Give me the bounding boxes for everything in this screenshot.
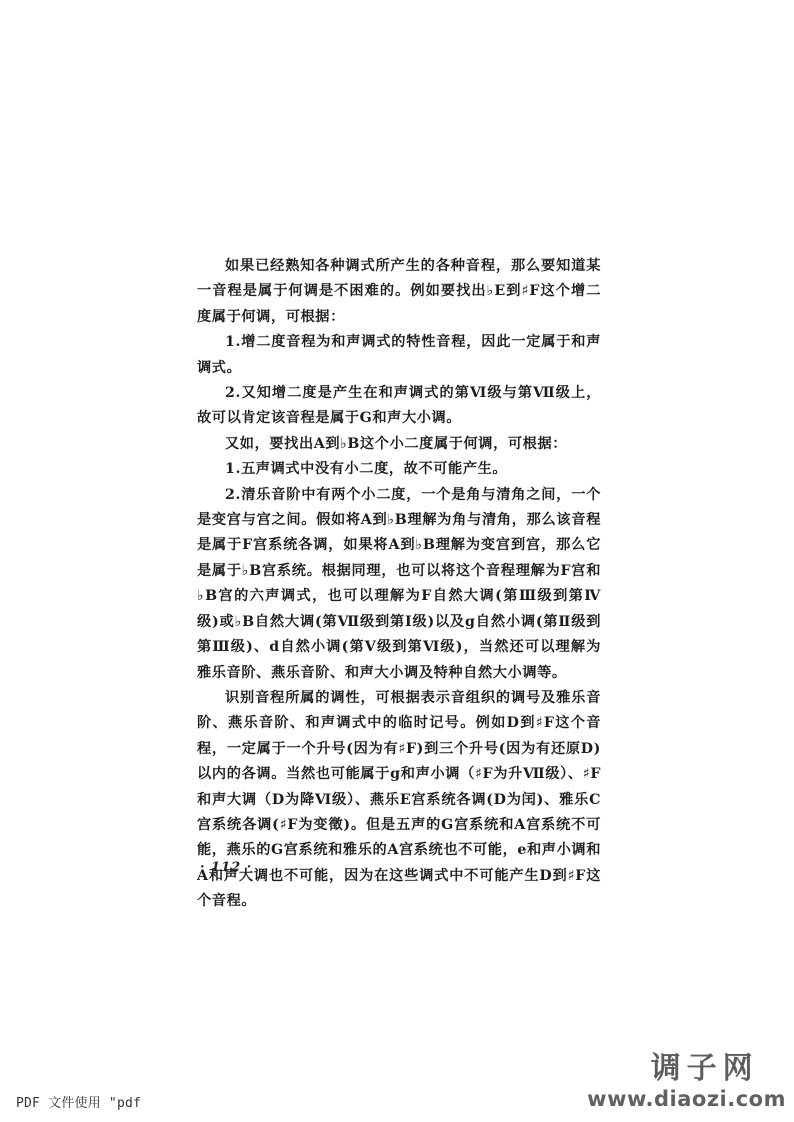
paragraph-example-2-point-2: 2.清乐音阶中有两个小二度，一个是角与清角之间，一个是变宫与宫之间。假如将A到♭…	[197, 483, 601, 686]
watermark-title: 调子网	[587, 1052, 786, 1086]
site-watermark: 调子网 www.diaozi.com	[587, 1052, 786, 1112]
paragraph-point-2: 2.又知增二度是产生在和声调式的第Ⅵ级与第Ⅶ级上，故可以肯定该音程是属于G和声大…	[197, 381, 601, 432]
paragraph-example-2-point-1: 1.五声调式中没有小二度，故不可能产生。	[197, 457, 601, 482]
paragraph-example-2-intro: 又如，要找出A到♭B这个小二度属于何调，可根据：	[197, 432, 601, 457]
page-number: · 112 ·	[200, 860, 252, 875]
paragraph-intro: 如果已经熟知各种调式所产生的各种音程，那么要知道某一音程是属于何调是不困难的。例…	[197, 254, 601, 330]
page-body: 如果已经熟知各种调式所产生的各种音程，那么要知道某一音程是属于何调是不困难的。例…	[197, 254, 601, 915]
pdf-footer-note: PDF 文件使用 "pdf	[16, 1092, 141, 1111]
paragraph-point-1: 1.增二度音程为和声调式的特性音程，因此一定属于和声调式。	[197, 330, 601, 381]
paragraph-identify-tonality: 识别音程所属的调性，可根据表示音组织的调号及雅乐音阶、燕乐音阶、和声调式中的临时…	[197, 686, 601, 915]
watermark-url: www.diaozi.com	[587, 1086, 786, 1112]
